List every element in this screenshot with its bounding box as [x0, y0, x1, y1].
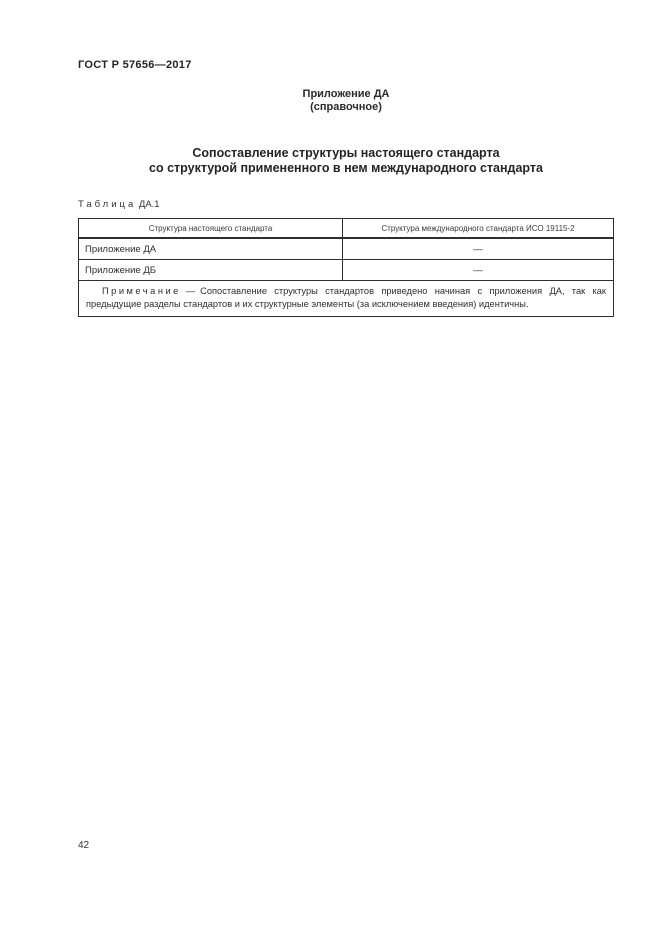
table-cell-dash: —	[343, 260, 614, 281]
annex-title-line-1: Сопоставление структуры настоящего станд…	[78, 146, 614, 161]
annex-heading: Приложение ДА (справочное)	[78, 88, 614, 114]
table-header-row: Структура настоящего стандарта Структура…	[79, 219, 614, 239]
table-caption: Таблица ДА.1	[78, 199, 160, 210]
table-header-national-standard: Структура настоящего стандарта	[79, 219, 343, 239]
note-dash: —	[181, 286, 200, 296]
comparison-table: Структура настоящего стандарта Структура…	[78, 218, 614, 317]
annex-title-line-2: со структурой примененного в нем междуна…	[78, 161, 614, 176]
annex-name: Приложение ДА	[78, 88, 614, 101]
document-page: ГОСТ Р 57656—2017 Приложение ДА (справоч…	[0, 0, 661, 935]
page-number: 42	[78, 840, 89, 851]
table-note: Примечание—Сопоставление структуры станд…	[79, 281, 614, 317]
table-cell-structure: Приложение ДБ	[79, 260, 343, 281]
annex-type: (справочное)	[78, 101, 614, 114]
table-caption-number: ДА.1	[139, 199, 160, 210]
standard-designation: ГОСТ Р 57656—2017	[78, 59, 192, 71]
note-label: Примечание	[102, 286, 181, 296]
table-note-row: Примечание—Сопоставление структуры станд…	[79, 281, 614, 317]
table-cell-structure: Приложение ДА	[79, 238, 343, 260]
table-caption-word: Таблица	[78, 199, 136, 210]
table-row: Приложение ДА —	[79, 238, 614, 260]
table-cell-dash: —	[343, 238, 614, 260]
table-row: Приложение ДБ —	[79, 260, 614, 281]
table-header-international-standard: Структура международного стандарта ИСО 1…	[343, 219, 614, 239]
annex-title: Сопоставление структуры настоящего станд…	[78, 146, 614, 176]
